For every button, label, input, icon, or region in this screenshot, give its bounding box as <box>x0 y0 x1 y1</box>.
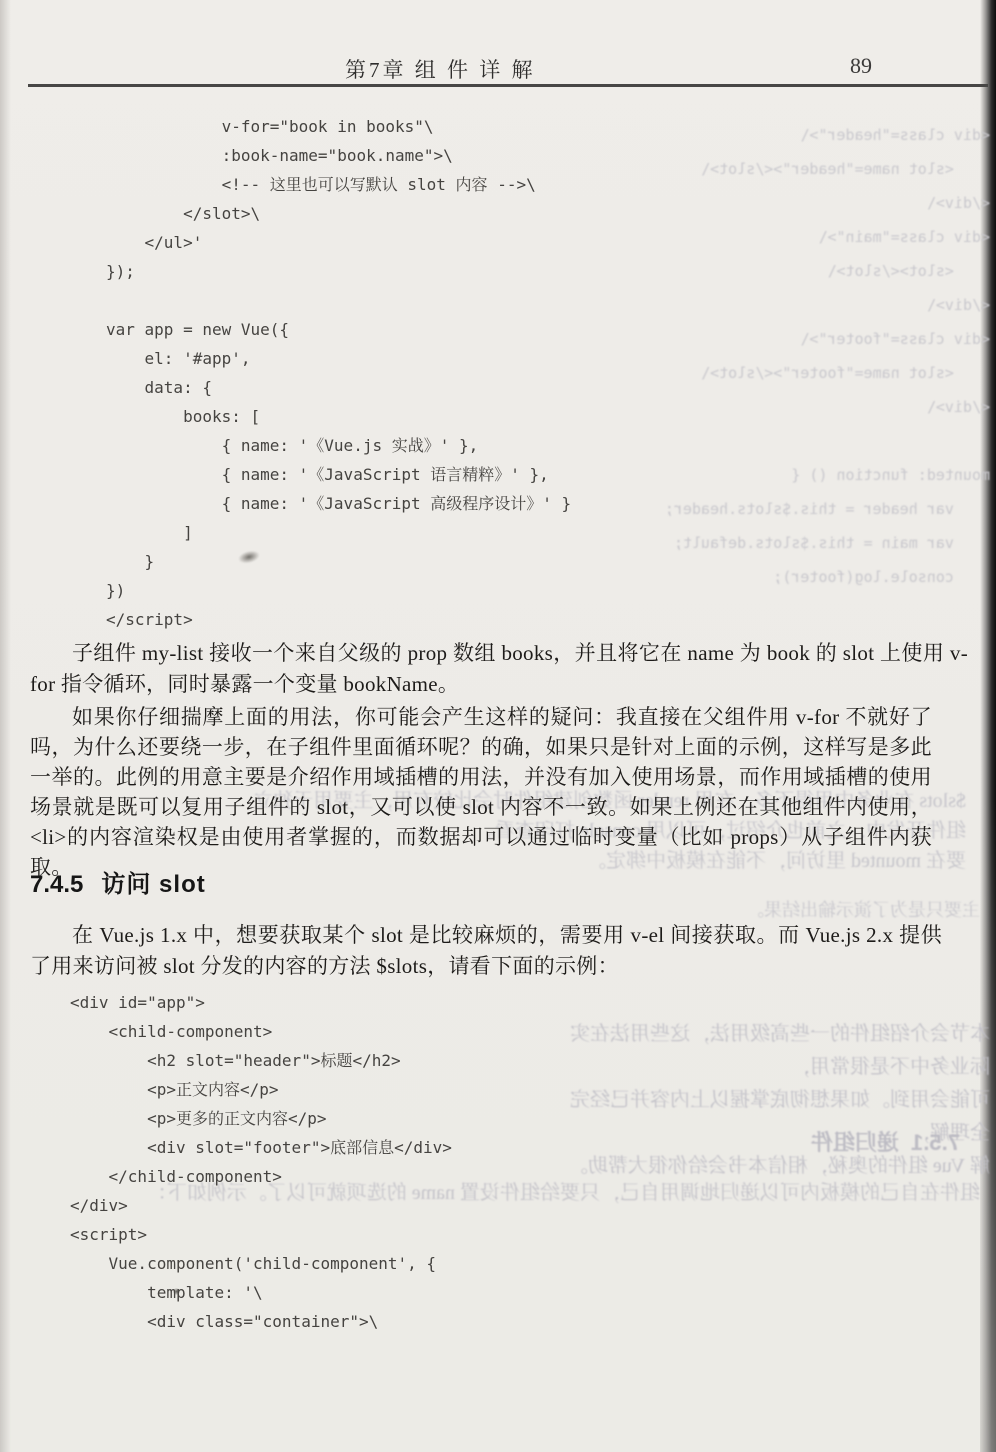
section-title: 访问 slot <box>101 864 205 899</box>
paper-speck <box>173 1288 180 1295</box>
page-right-edge <box>980 0 996 1452</box>
code-listing-scoped-slot-example: v-for="book in books"\ :book-name="book.… <box>106 112 571 634</box>
bleed-through-text: <div class="header">\ <slot name="header… <box>615 118 990 594</box>
bleed-through-text: 本节会介绍组件的一些高级用法，这些用法在实际业务中不是很常用， 可能会用到。如果… <box>560 1018 990 1183</box>
bleed-through-text: 主要只是为了演示输出结果。 <box>580 896 980 922</box>
header-rule <box>28 84 988 87</box>
bleed-through-heading: 7.5.1 递归组件 <box>690 1126 960 1157</box>
section-heading-745: 7.4.5 访问 slot <box>30 864 206 899</box>
page-left-edge <box>0 0 11 1452</box>
book-page-scan: <div class="header">\ <slot name="header… <box>0 0 996 1452</box>
code-listing-slots-access-example: <div id="app"> <child-component> <h2 slo… <box>70 988 452 1336</box>
paragraph-scoped-slot-summary: 子组件 my-list 接收一个来自父级的 prop 数组 books，并且将它… <box>30 638 968 699</box>
section-number: 7.4.5 <box>30 871 83 899</box>
paragraph-access-slot-intro: 在 Vue.js 1.x 中，想要获取某个 slot 是比较麻烦的，需要用 v-… <box>30 920 942 982</box>
paragraph-scoped-slot-discussion: 如果你仔细揣摩上面的用法，你可能会产生这样的疑问：我直接在父组件用 v-for … <box>30 702 932 882</box>
page-number: 89 <box>850 53 872 79</box>
running-head-chapter-title: 第7章 组 件 详 解 <box>345 54 536 84</box>
